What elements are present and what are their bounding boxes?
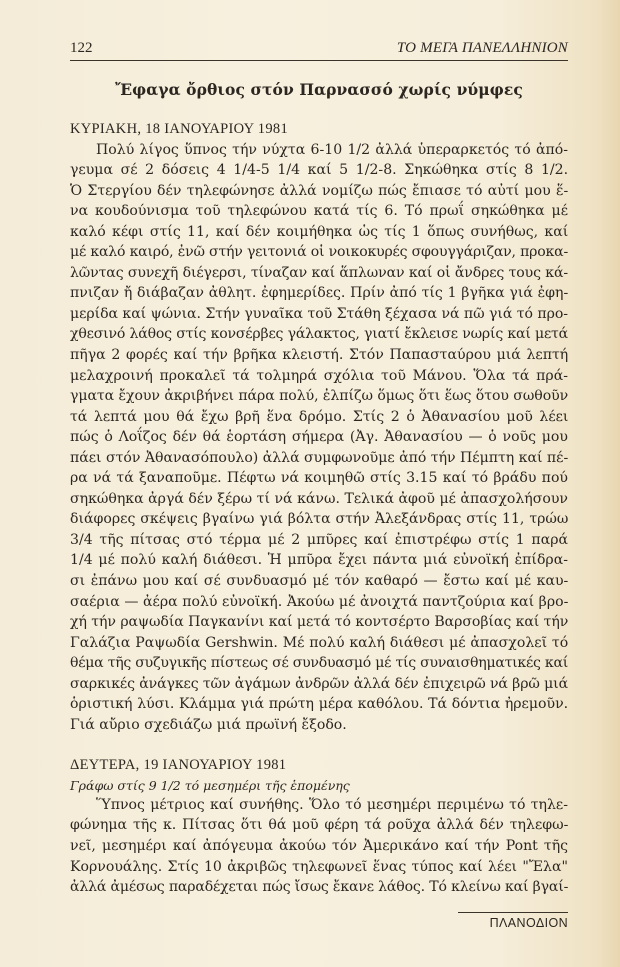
entry-date: ΔΕΥΤΕΡΑ, 19 ΙΑΝΟΥΑΡΙΟΥ 1981	[70, 755, 568, 776]
text-line: πνιζαν ἤ διάβαζαν ἀθλητ. ἐφημερίδες. Πρί…	[70, 283, 568, 304]
text-line: ἀλλά ἀμέσως παραδέχεται πώς ἴσως ἔκανε λ…	[70, 877, 568, 898]
text-line: Ὕπνος μέτριος καί συνήθης. Ὅλο τό μεσημέ…	[70, 795, 568, 816]
text-line: γματα ἔχουν ἀκριβήνει πάρα πολύ, ἐλπίζω …	[70, 386, 568, 407]
text-line: θέμα τῆς συζυγικῆς πίστεως σέ συνδυασμό …	[70, 653, 568, 674]
text-line: σαρκικές ἀνάγκες τῶν ἀγάμων ἀνδρῶν ἀλλά …	[70, 674, 568, 695]
entry-body: Πολύ λίγος ὕπνος τήν νύχτα 6-10 1/2 ἀλλά…	[70, 140, 568, 736]
text-line: χή τήν ραψωδία Παγκανίνι καί μετά τό κον…	[70, 612, 568, 633]
text-line: Γαλάζια Ραψωδία Gershwin. Μέ πολύ καλή δ…	[70, 633, 568, 654]
text-line: χθεσινό λάθος στίς κονσέρβες γάλακτος, γ…	[70, 324, 568, 345]
entry-subnote: Γράφω στίς 9 1/2 τό μεσημέρι τῆς ἑπομένη…	[70, 776, 568, 795]
footer-rule	[458, 912, 568, 913]
text-line: πάει στόν Ἀθανασόπουλο) ἀλλά συμφωνοῦμε …	[70, 448, 568, 469]
text-line: καλό κέφι στίς 11, καί δέν κοιμήθηκα ὡς …	[70, 222, 568, 243]
text-line: μέ καλό καιρό, ἐνῶ στήν γειτονιά οἱ νοικ…	[70, 242, 568, 263]
text-line: σηκώθηκα ἀργά δέν ξέρω τί νά κάνω. Τελικ…	[70, 489, 568, 510]
text-line: Ὁ Στεργίου δέν τηλεφώνησε ἀλλά νομίζω πώ…	[70, 181, 568, 202]
text-line: 3/4 τῆς πίτσας στό τέρμα μέ 2 μπῦρες καί…	[70, 530, 568, 551]
book-title: ΤΟ ΜΕΓΑ ΠΑΝΕΛΛΗΝΙΟΝ	[397, 40, 568, 57]
text-line: 1/4 μέ πολύ καλή διάθεσι. Ἡ μπῦρα ἔχει π…	[70, 550, 568, 571]
text-line: μελαχροινή προκαλεῖ τά τολμηρά σχόλια το…	[70, 366, 568, 387]
text-line: γευμα σέ 2 δόσεις 4 1/4-5 1/4 καί 5 1/2-…	[70, 160, 568, 181]
text-line: ὁριστική λύσι. Κλάμμα γιά πρώτη μέρα καθ…	[70, 694, 568, 715]
text-line: να κουδούνισμα τοῦ τηλεφώνου κατά τίς 6.…	[70, 201, 568, 222]
text-line: σαέρια — ἀέρα πολύ εὐνοϊκή. Ἀκούω μέ ἀνο…	[70, 592, 568, 613]
running-head: 122 ΤΟ ΜΕΓΑ ΠΑΝΕΛΛΗΝΙΟΝ	[70, 40, 568, 61]
text-line: μερίδα καί ψώνια. Στήν γυναῖκα τοῦ Στάθη…	[70, 304, 568, 325]
text-line: διάφορες σκέψεις βγαίνω γιά βόλτα στήν Ἀ…	[70, 509, 568, 530]
text-line: Πολύ λίγος ὕπνος τήν νύχτα 6-10 1/2 ἀλλά…	[70, 140, 568, 161]
text-line: τά λεπτά μου θά ἔχω βρῆ ἕνα δρόμο. Στίς …	[70, 407, 568, 428]
publisher-name: ΠΛΑΝΟΔΙΟΝ	[458, 916, 568, 930]
text-line: σι ἐπάνω μου καί σέ συνδυασμό μέ τόν καθ…	[70, 571, 568, 592]
book-page: 122 ΤΟ ΜΕΓΑ ΠΑΝΕΛΛΗΝΙΟΝ Ἔφαγα ὄρθιος στό…	[70, 40, 568, 898]
text-line: πώς ὁ Λοΐζος δέν θά ἑορτάση σήμερα (Ἀγ. …	[70, 427, 568, 448]
text-line: ρα νά τά ξαναποῦμε. Πέφτω νά κοιμηθῶ στί…	[70, 468, 568, 489]
page-number: 122	[70, 40, 93, 57]
text-line: λῶντας συνεχῆ διέγερσι, τίναζαν καί ἅπλω…	[70, 263, 568, 284]
text-line: πῆγα 2 φορές καί τήν βρῆκα κλειστή. Στόν…	[70, 345, 568, 366]
text-line: φώνημα τῆς κ. Πίτσας ὅτι θά μοῦ φέρη τά …	[70, 815, 568, 836]
text-line: νεῖ, μεσημέρι καί ἀπόγευμα ἀκούω τόν Ἀμε…	[70, 836, 568, 857]
text-line: Κορνουάλης. Στίς 10 ἀκριβῶς τηλεφωνεῖ ἕν…	[70, 857, 568, 878]
text-line: Γιά αὔριο σχεδιάζω μιά πρωϊνή ἔξοδο.	[70, 715, 568, 736]
entry-body: Ὕπνος μέτριος καί συνήθης. Ὅλο τό μεσημέ…	[70, 795, 568, 898]
entry-date: ΚΥΡΙΑΚΗ, 18 ΙΑΝΟΥΑΡΙΟΥ 1981	[70, 119, 568, 140]
chapter-title: Ἔφαγα ὄρθιος στόν Παρνασσό χωρίς νύμφες	[70, 80, 568, 99]
